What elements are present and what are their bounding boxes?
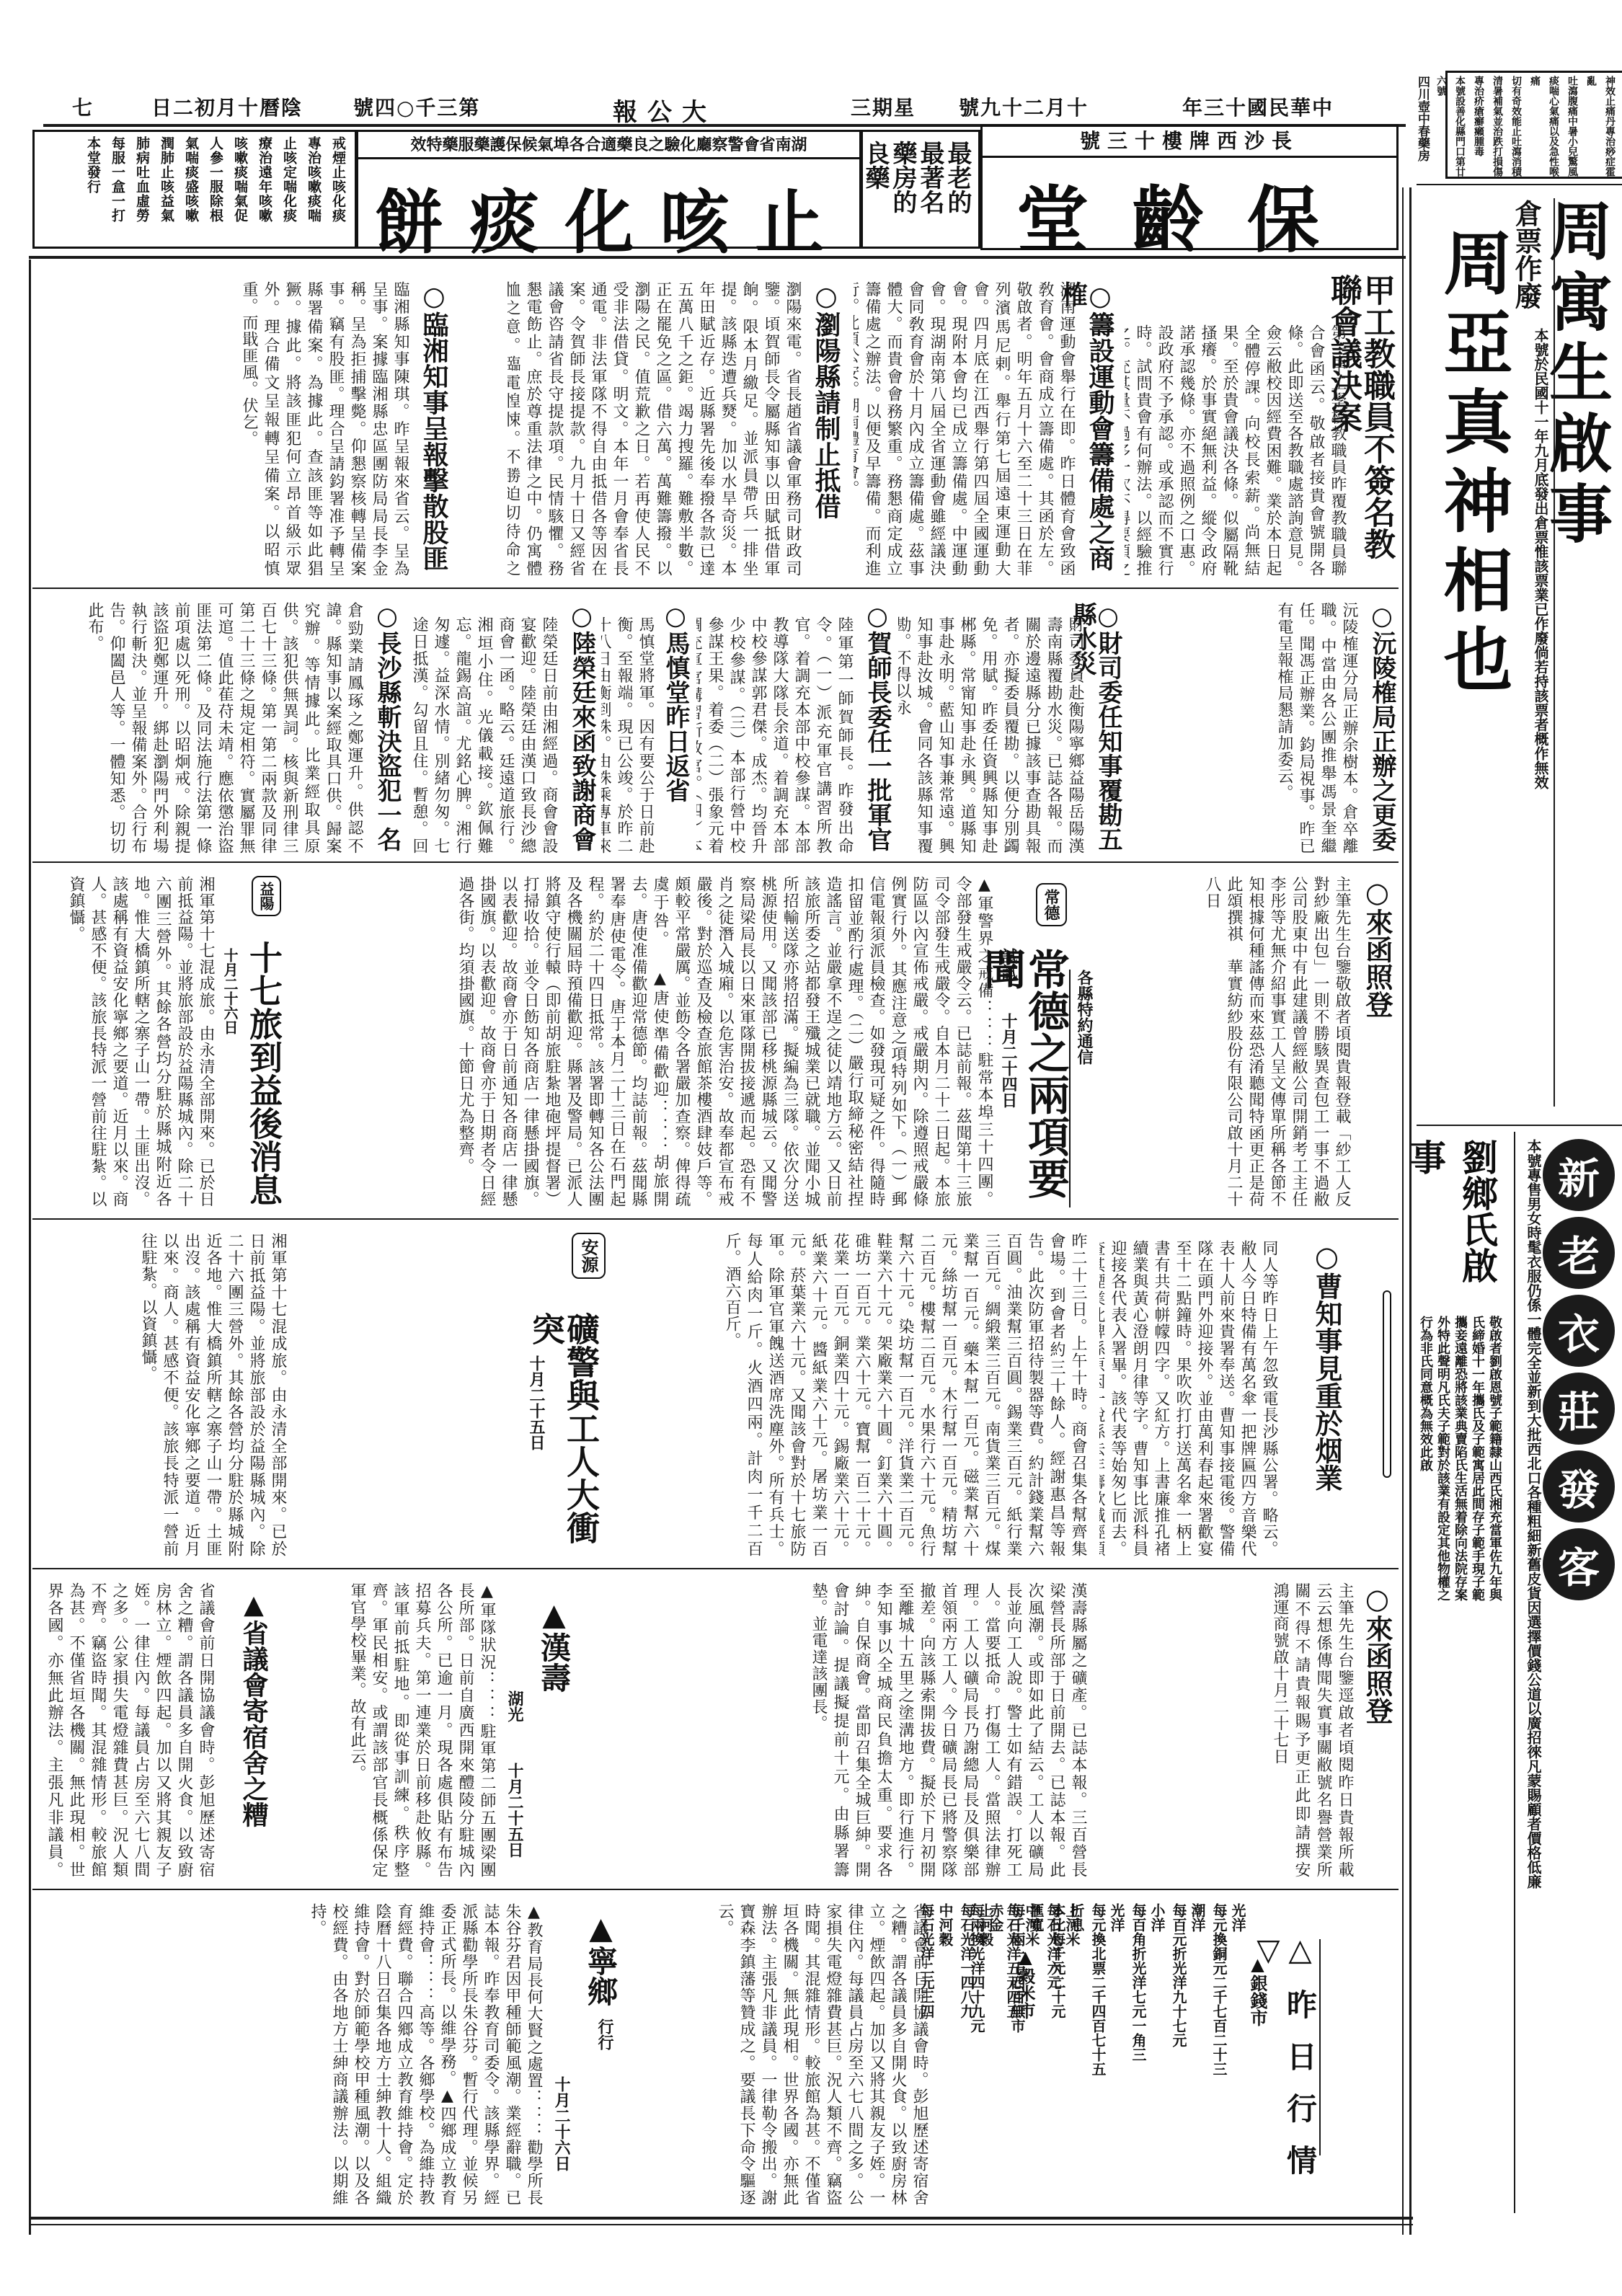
main-banner-ad: 湖南省會警察廳化驗之良藥適合各埠氣候保護藥服藥特效 止咳化痰餅 — [357, 130, 861, 249]
market-item: 中河穀 — [936, 1903, 954, 1968]
headline-text: 臨湘知事呈報擊散股匪 — [419, 311, 449, 571]
ad-line: 最著名 — [916, 141, 944, 241]
article-body: 湘軍第十七混成旅。由永清全部開來。已於日前抵益陽。並將旅部設於益陽縣城內。除二十… — [43, 876, 216, 1207]
market-quote: 每石光洋一四八九 — [957, 1903, 976, 2018]
article-body: 陸軍第一師賀師長。昨發出命令。（一）派充軍官講習所教官。着調充本部中校參謀。本部… — [696, 616, 855, 854]
article-headline: 十七旅到益後消息 — [247, 941, 281, 1215]
article-changde: 常德 各縣特約通信 常德之兩項要聞 試試 十月二十四日 ▲軍警界之戒備：：：駐常… — [288, 869, 1096, 1215]
article-headline: ▲省議會寄宿舍之糟 — [239, 1590, 267, 1827]
market-quote: 每石光洋六元 — [1044, 1903, 1063, 2018]
circle-marker-icon — [863, 602, 892, 631]
circle-marker-icon — [811, 281, 841, 311]
rice-market: ▲穀米市 上河米每石光洋六元 中河米每石光洋五元四五 — [995, 1896, 1081, 2213]
circle-marker-icon — [1085, 281, 1115, 311]
article-shiqilv-cont: 湘軍第十七混成旅。由永清全部開來。已於日前抵益陽。並將旅部設於益陽縣城內。除二十… — [36, 1225, 288, 1564]
article-dateline: 十月二十六日 — [551, 2076, 573, 2171]
article-body: 主筆先生台鑒敬啟者頃閱貴報登載「紗工人反對紗廠出包」一則不勝駭異查包工一事不過敝… — [1100, 876, 1352, 1207]
triangle-up-icon: △ — [1282, 1932, 1318, 1989]
article-caozhishi: 來函照登 主筆先生台鑒逕啟者頃閱昨日貴報所載云云想係傳聞失實事關敝號名譽營業所關… — [1096, 1575, 1399, 1885]
article-body: 省議會前日開協議會時。彭旭歷述寄宿舍之糟。謂各議員多自開火食。以致廚房林立。煙飲… — [43, 1582, 216, 1878]
zhou-large-title: 周亞真神相也 — [1424, 227, 1523, 1092]
clothing-glyph: 新 — [1543, 1139, 1615, 1211]
article-body-continued: 湘軍第十七混成旅。由永清全部開來。已於日前抵益陽。並將旅部設於益陽縣城內。除二十… — [43, 1233, 288, 1557]
article-body: 倉勁業請鳳琢之鄭運升。供認不諱。縣知事以案經取具口供。歸案究辦。等情據此。比業經… — [40, 602, 365, 854]
ad-line: 神效止痛丹專治痧症霍亂 — [1582, 76, 1619, 178]
article-body: ▲軍警界之戒備：：：駐常本埠三十四團。令部發生戒嚴令云。已誌前報。茲聞第十三旅司… — [296, 876, 995, 1207]
article-body: 同人等昨日上午忽致電長沙縣公署。略云。敝人今日特備有萬名傘一把牌匾四方音樂代表十… — [1099, 1240, 1280, 1557]
article-headline: 長沙縣斬決盜犯一名 — [373, 602, 399, 861]
article-body-continued: ▲軍隊狀況：：：駐軍第二師五團梁團長所部。日前自廣西開來醴陵分駐城內各公所。已逾… — [296, 1582, 497, 1878]
article-body: 馬慎堂將軍。因有要公于日前赴衡。至報端。現已公竣。於昨二十八日由衡到株。由株乘專… — [601, 616, 656, 854]
article-jiagong: 甲工教職員不簽名教聯會議決案 第一甲工學校教職員昨覆教職員聯合會函云。敬啟者接貴… — [1117, 267, 1399, 584]
article-ningxiang: 省議會前日開協議會時。彭旭歷述寄宿舍之糟。謂各議員多自開火食。以致廚房林立。煙飲… — [36, 1896, 937, 2213]
ad-line: 專治咳嗽痰喘 — [301, 136, 326, 244]
tier4-rule — [32, 1568, 1399, 1569]
article-liuyang: 瀏陽縣請制止抵借 瀏陽來電。省長趙省議會軍務司財政司鑒。頃賀師長令屬縣知事以田賦… — [505, 267, 851, 584]
market-quote: 每石光洋五元四五 — [1003, 1903, 1022, 2018]
clothing-glyph: 老 — [1543, 1217, 1615, 1289]
triangle-marker-icon: ▲ — [239, 1590, 269, 1620]
liling-continued: 省議會前日開協議會時。彭旭歷述寄宿舍之糟。謂各議員多自開火食。以致廚房林立。煙飲… — [627, 1903, 930, 2206]
article-kuangjing: 昨二十三日。上午十時。商會召集各幫齊集會場。到會者約三十餘人。經謝惠昌等報告。此… — [288, 1225, 1096, 1564]
article-body: ▲教育局長何大賢之處置：：：勸學所長朱谷芬君因甲種師範風潮。業經辭職。已誌本報。… — [40, 1903, 544, 2206]
article-body: 湖南運動會舉行在即。昨日體育會致函敎育會。會商成立籌備處。其函於左。敬啟者。明年… — [854, 281, 1077, 577]
ad-line: 良藥 — [861, 141, 889, 241]
lunar-date: 陰曆十月初二日 — [151, 92, 303, 121]
section-label: 安源 — [572, 1233, 606, 1279]
article-dateline: 十月二十四日 — [998, 1013, 1020, 1108]
article-body: 主筆先生台鑒逕啟者頃閱昨日貴報所載云云想係傳聞失實事關敝號名譽營業所關不得不請貴… — [1099, 1582, 1355, 1878]
headline-text: 寧鄉 — [583, 1946, 619, 2006]
tier1-rule — [32, 588, 1399, 589]
weekday: 星期三 — [851, 92, 916, 121]
article-headline: 來函照登 — [1362, 1582, 1391, 1885]
ad-line: 最老的 — [944, 141, 971, 241]
right-column-divider — [1417, 1125, 1622, 1126]
laihan2-body — [1326, 1903, 1399, 2199]
circle-marker-icon — [1311, 1240, 1343, 1272]
rice-table-a: 上河米每石光洋六元 中河米每石光洋五元四五 — [1003, 1903, 1081, 2018]
triangle-marker-icon: ▲ — [536, 1597, 572, 1632]
market-item: 中河米 — [1022, 1903, 1041, 1968]
headline-text: 曹知事見重於烟業 — [1311, 1272, 1343, 1491]
market-item: 上河米 — [1063, 1903, 1081, 1968]
article-body: 漢壽縣屬之礦產。已誌本報。三百營長梁營長所部于日前開去。已誌本報。此次風潮。或即… — [584, 1582, 1089, 1878]
article-dateline: 十月二十六日 — [220, 948, 241, 1034]
ad-line: 專治疥瘡癬癩腫毒 — [1469, 76, 1488, 178]
ad-line: 切有奇效能止吐瀉消積 — [1507, 76, 1525, 178]
ad-line: 療治遠年咳嗽 — [252, 136, 277, 244]
market-title-text: 昨日行情 — [1282, 1989, 1318, 2197]
banner-title: 止咳化痰餅 — [373, 168, 852, 267]
ad-line: 藥房的 — [889, 141, 916, 241]
article-body: 昨二十三日。上午十時。商會召集各幫齊集會場。到會者約三十餘人。經謝惠昌等報告。此… — [627, 1233, 1089, 1557]
liu-title: 劉鄉氏啟事 — [1399, 1139, 1503, 1305]
article-mashentang: 馬慎堂昨日返省 馬慎堂將軍。因有要公于日前赴衡。至報端。現已公竣。於昨二十八日由… — [598, 595, 692, 858]
tier5-rule — [32, 1889, 1399, 1890]
page-bottom-rule-2 — [29, 2224, 1413, 2225]
clothing-ad: 本號專售男女時髦衣服仍係一體完全並新到大批西北口各種粗細新舊皮貨因選擇價錢公道以… — [1525, 1139, 1622, 2184]
date: 十月二十九號 — [959, 92, 1089, 121]
article-headline: 曹知事見重於烟業 — [1312, 1240, 1341, 1557]
article-yuanling: 沅陵榷局正辦之更委 沅陵榷運分局正辦余樹本。倉卒離職。中當由各公團推舉馮景奎繼任… — [1125, 595, 1399, 858]
market-item: 光洋 — [1107, 1903, 1126, 1968]
silver-heading-text: 銀錢市 — [1247, 1974, 1268, 2026]
article-byline: 行行 — [594, 2018, 616, 2050]
middle-box-ad: 最老的 最著名 藥房的 良藥 — [861, 130, 980, 249]
market-item: 上河穀 — [976, 1903, 995, 1968]
right-box-ad: 神效止痛丹專治痧症霍亂 吐瀉腹痛中暑小兒驚風 痰喘心氣痛以及急性喉痛 切有奇效能… — [1445, 71, 1622, 179]
article-laihan: 來函照登 主筆先生台鑒敬啟者頃閱貴報登載「紗工人反對紗廠出包」一則不勝駭異查包工… — [1096, 869, 1399, 1215]
headline-text: 省議會寄宿舍之糟 — [239, 1620, 269, 1827]
left-small-ad: 戒煙止咳化痰 專治咳嗽痰喘 止咳定喘化痰 療治遠年咳嗽 咳嗽痰喘氣促 人參一服除… — [32, 130, 357, 249]
ad-line: 人參一服除根 — [203, 136, 228, 244]
circle-marker-icon — [1094, 602, 1122, 631]
liu-ad: 劉鄉氏啟事 敬啟者劉啟恩號子範籍隸山西氏湘充當軍佐九年與氏締婚十一年攜氏及子範寓… — [1417, 1139, 1503, 1442]
market-item: 潮洋 — [1188, 1903, 1207, 1968]
ad-line: 氣喘痰盛咳嗽 — [179, 136, 203, 244]
headline-text: 沅陵榷局正辦之更委 — [1368, 631, 1396, 851]
article-dateline: 十月二十五日 — [526, 1355, 548, 1450]
market-quote: 每百角折光洋七元一角三 — [1129, 1903, 1148, 2076]
article-caisi: 財司委任知事覆勘五縣水災 財司委員赴衡陽寧鄉益陽岳陽漢壽南縣覆勘水災。已誌各報。… — [894, 595, 1125, 858]
year: 中華民國十三年 — [1182, 92, 1334, 121]
article-heshizhang: 賀師長委任一批軍官 陸軍第一師賀師長。昨發出命令。（一）派充軍官講習所教官。着調… — [692, 595, 894, 858]
headline-text: 來函照登 — [1361, 908, 1393, 1018]
market-quote: 每百元折光洋九十七元 — [1169, 1903, 1188, 2076]
headline-text: 漢壽 — [536, 1632, 572, 1693]
article-kicker: 各縣特約通信 — [1069, 970, 1096, 1207]
article-headline: 臨湘知事呈報擊散股匪 — [420, 281, 447, 584]
article-headline: 賀師長委任一批軍官 — [864, 602, 890, 861]
ad-line: 本堂發行 — [81, 136, 105, 244]
liu-text: 敬啟者劉啟恩號子範籍隸山西氏湘充當軍佐九年與氏締婚十一年攜氏及子範寓居此間存子範… — [1417, 1316, 1503, 1604]
headline-text: 來函照登 — [1361, 1615, 1393, 1724]
circle-marker-icon — [567, 602, 596, 631]
clothing-glyph: 衣 — [1543, 1295, 1615, 1367]
article-body: 第一甲工學校教職員昨覆教職員聯合會函云。敬啟者接貴會號開各條。此即送至各教職處諮… — [1125, 324, 1348, 577]
ad-line: 清暑補氣並治跌打損傷 — [1488, 76, 1507, 178]
issue-number: 第三千○四號 — [353, 92, 480, 121]
article-headline: 來函照登 — [1362, 876, 1391, 1020]
clothing-glyph: 客 — [1543, 1528, 1615, 1600]
article-byline: 湖光 — [504, 1690, 526, 1722]
triangle-marker-icon: ▲ — [1247, 1954, 1268, 1974]
banner-tagline: 湖南省會警察廳化驗之良藥適合各埠氣候保護藥服藥特效 — [358, 132, 859, 159]
rice-market-b: 上河穀每石光洋一四八九 中河穀每石光洋二元三四 — [937, 1896, 995, 2213]
ad-line: 每服一盒一打 — [105, 136, 130, 244]
article-shiqilv: 益陽 十七旅到益後消息 十月二十六日 湘軍第十七混成旅。由永清全部開來。已於日前… — [36, 869, 288, 1215]
article-headline: ▲寧鄉 — [585, 1910, 616, 2006]
article-headline: 馬慎堂昨日返省 — [662, 602, 688, 861]
baolingtang-title: 保齡堂 — [990, 162, 1389, 266]
tier2-rule — [32, 861, 1399, 863]
article-byline: 試試 — [998, 948, 1020, 980]
triangle-marker-icon: ▲ — [583, 1910, 619, 1946]
clothing-text: 本號專售男女時髦衣服仍係一體完全並新到大批西北口各種粗細新舊皮貨因選擇價錢公道以… — [1521, 1139, 1543, 2134]
ad-line: 本號設善化縣門口第廿六號 — [1432, 76, 1469, 178]
clothing-glyph: 發 — [1543, 1450, 1615, 1522]
section-label: 常德 — [1036, 883, 1067, 926]
ad-line: 肺病吐血虛勞 — [130, 136, 154, 244]
ad-line: 止咳定喘化痰 — [277, 136, 301, 244]
article-shengyihui: 曹知事見重於烟業 同人等昨日上午忽致電長沙縣公署。略云。敝人今日特備有萬名傘一把… — [1096, 1225, 1399, 1564]
ad-line: 潤肺止咳益氣 — [154, 136, 179, 244]
page-number: 七 — [72, 92, 94, 121]
circle-marker-icon — [1368, 602, 1396, 631]
circle-marker-icon — [419, 281, 449, 311]
tier3-rule — [32, 1218, 1399, 1220]
article-lurongting: 陸榮廷來函致謝商會 陸榮廷日前由湘經過。商會會設宴歡迎。陸榮廷由漢口致長沙總商會… — [404, 595, 598, 858]
baolingtang-ad: 長沙西牌樓十三號 保齡堂 — [980, 124, 1399, 250]
clothing-glyph: 莊 — [1543, 1373, 1615, 1445]
baolingtang-address: 長沙西牌樓十三號 — [983, 126, 1396, 158]
article-changsha: 長沙縣斬決盜犯一名 倉勁業請鳳琢之鄭運升。供認不諱。縣知事以案經取具口供。歸案究… — [36, 595, 404, 858]
headline-text: 陸榮廷來函致謝商會 — [567, 631, 596, 851]
market-section: △昨日行情▽ ▲銀錢市 光洋每元換銅元二千七百二十三 潮洋每百元折光洋九十七元 … — [1081, 1896, 1399, 2213]
article-body: 瀏陽來電。省長趙省議會軍務司財政司鑒。頃賀師長令屬縣知事以田賦抵借軍餉。限本月繳… — [508, 281, 803, 577]
market-quote: 每元換銅元二千七百二十三 — [1210, 1903, 1228, 2076]
article-body: 沅陵榷運分局正辦余樹本。倉卒離職。中當由各公團推舉馮景奎繼任。聞馮正辦業。鈞局視… — [1129, 602, 1360, 854]
article-headline: ▲漢壽 — [538, 1597, 570, 1693]
ad-line: 吐瀉腹痛中暑小兒驚風 — [1563, 76, 1582, 178]
silver-heading: ▲銀錢市 — [1245, 1954, 1270, 2026]
article-body: 陸榮廷日前由湘經過。商會會設宴歡迎。陸榮廷由漢口致長沙總商會一函。略云。廷遠道旅… — [408, 616, 559, 854]
article-choushe: 籌設運動會籌備處之商榷 湖南運動會舉行在即。昨日體育會致函敎育會。會商成立籌備處… — [851, 267, 1117, 584]
market-rule — [1319, 1939, 1321, 2155]
circle-marker-icon — [1361, 1582, 1393, 1615]
ad-line: 咳嗽痰喘氣促 — [228, 136, 252, 244]
article-liling: 省議會前日開協議會時。彭旭歷述寄宿舍之糟。謂各議員多自開火食。以致廚房林立。煙飲… — [36, 1575, 288, 1885]
headline-text: 馬慎堂昨日返省 — [661, 631, 690, 802]
ad-line: 戒煙止咳化痰 — [326, 136, 350, 244]
headline-text: 瀏陽縣請制止抵借 — [811, 311, 841, 519]
paper-name: 大公報 — [613, 92, 717, 128]
market-quote: 每元換北票二千四百七十五 — [1089, 1903, 1107, 2076]
article-hanshou: 漢壽縣屬之礦產。已誌本報。三百營長梁營長所部于日前開去。已誌本報。此次風潮。或即… — [288, 1575, 1096, 1885]
ad-line: 痰喘心氣痛以及急性喉痛 — [1525, 76, 1563, 178]
ads-bottom-rule — [29, 256, 1406, 259]
market-item: 光洋 — [1228, 1903, 1247, 1968]
ad-line: 四川壺中春藥房 — [1413, 76, 1432, 178]
left-page-rule — [29, 260, 31, 2235]
section-label: 益陽 — [252, 876, 281, 916]
article-headline: 沅陵榷局正辦之更委 — [1368, 602, 1394, 861]
page-bottom-rule — [29, 2217, 1413, 2220]
section-label — [1383, 1290, 1391, 1478]
circle-marker-icon — [1361, 876, 1393, 908]
article-body: 臨湘縣知事陳琪。昨呈報來省云。呈為呈事。案據臨湘縣忠區團防局局長李金稱。呈為拒捕… — [43, 281, 411, 577]
circle-marker-icon — [661, 602, 690, 631]
headline-text: 長沙縣斬決盜犯一名 — [373, 631, 402, 851]
headline-text: 賀師長委任一批軍官 — [863, 631, 892, 851]
article-linxiang: 臨湘知事呈報擊散股匪 臨湘縣知事陳琪。昨呈報來省云。呈為呈事。案據臨湘縣忠區團防… — [36, 267, 505, 584]
article-dateline: 十月二十五日 — [504, 1763, 526, 1858]
zhou-ad: 周寓生啟事 倉票作廢 本號於民國十一年九月底發出倉票惟該票業已作廢倘若持該票者概… — [1417, 184, 1622, 1121]
article-headline: 瀏陽縣請制止抵借 — [812, 281, 839, 584]
market-item: 小洋 — [1148, 1903, 1166, 1968]
article-body: 財司委員赴衡陽寧鄉益陽岳陽漢壽南縣覆勘水災。已誌各報。而關於邊遠縣分已據該事查勘… — [898, 616, 1086, 854]
article-headline: 陸榮廷來函致謝商會 — [568, 602, 594, 861]
circle-marker-icon — [373, 602, 402, 631]
liu-clothing-rule — [1514, 1132, 1515, 2213]
